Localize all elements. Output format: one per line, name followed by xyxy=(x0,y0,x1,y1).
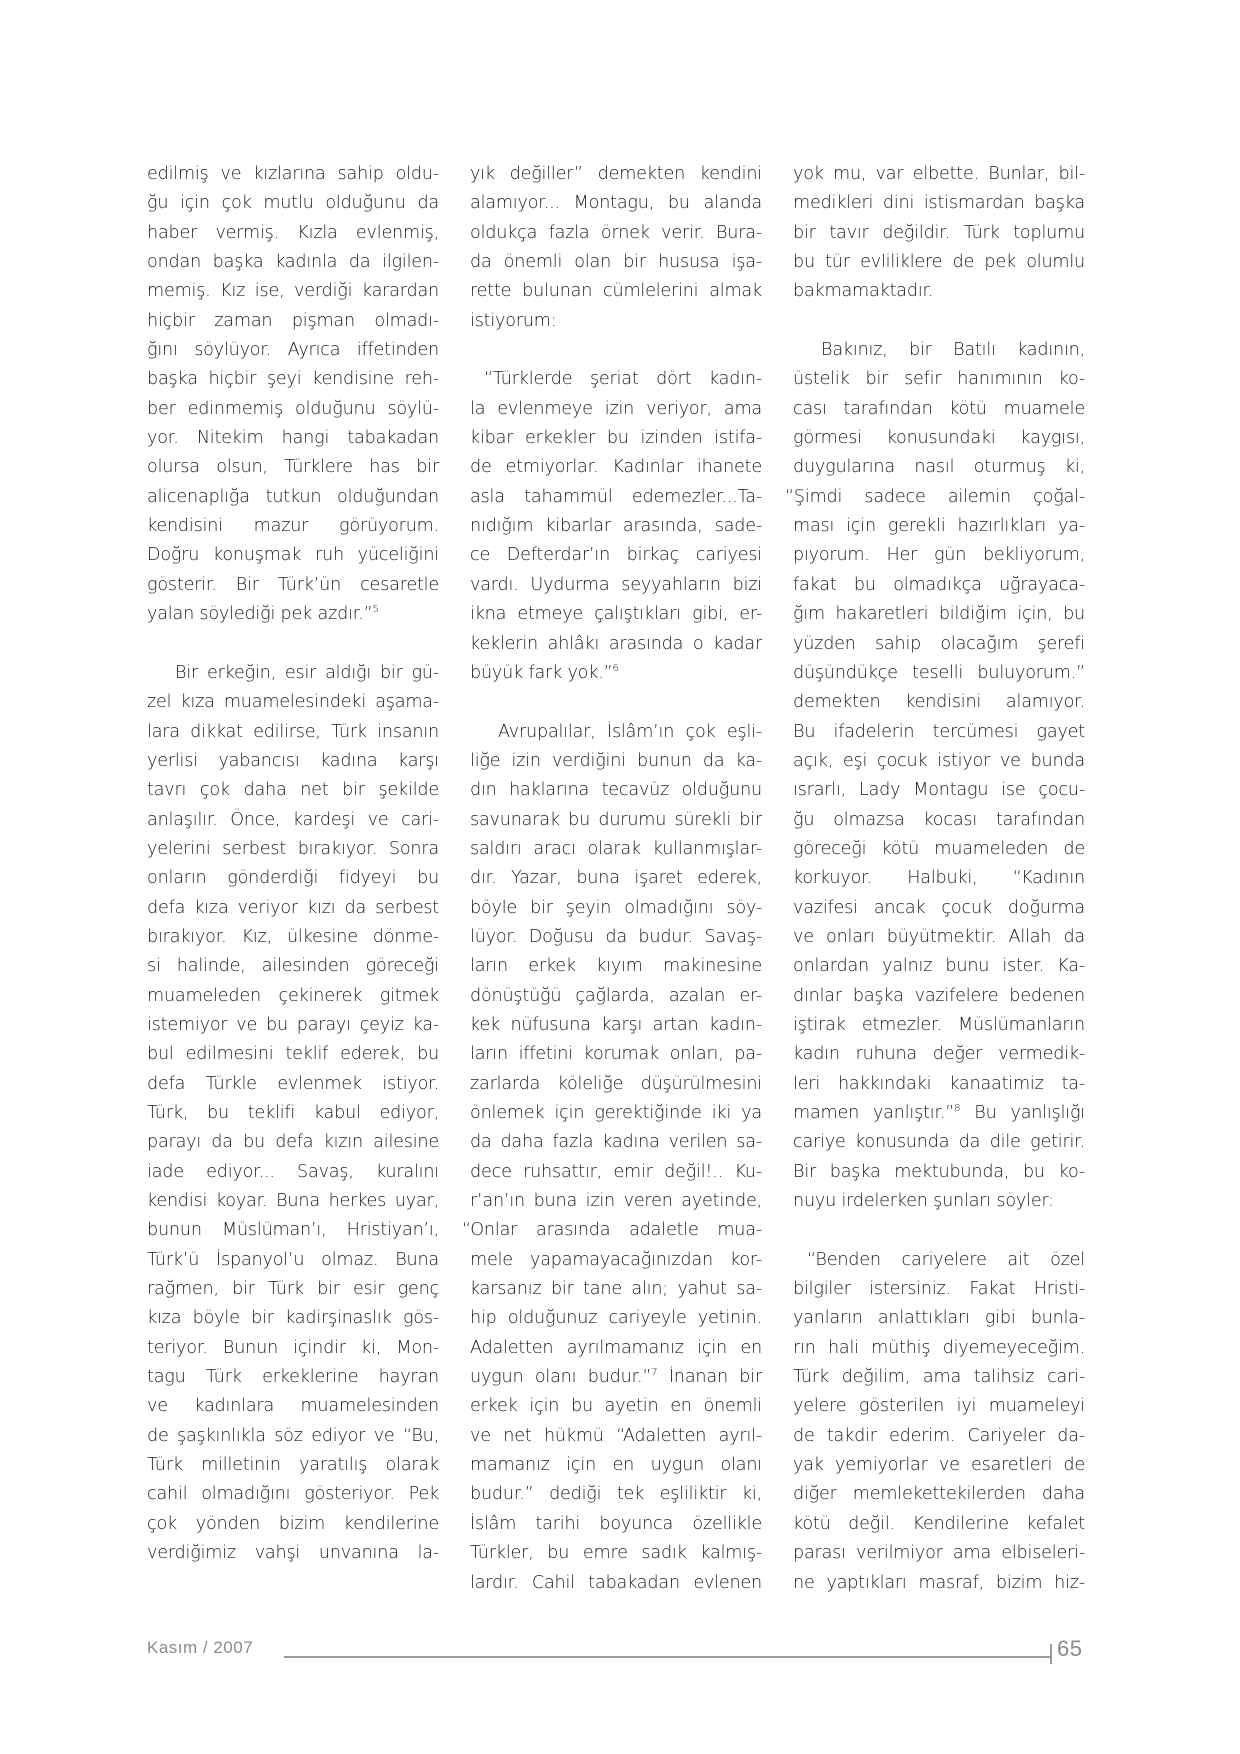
text-line: bul edilmesini teklif ederek, bu xyxy=(147,1040,439,1069)
paragraph-start: Bir erkeğin, esir aldığı bir gü- xyxy=(147,659,439,688)
text-line: kıza böyle bir kadirşinaslık gös- xyxy=(147,1304,439,1333)
text-line: budur.” dediği tek eşliliktir ki, xyxy=(470,1480,762,1509)
text-line: saldırı aracı olarak kullanmışlar- xyxy=(470,835,762,864)
text-line: mele yapamayacağınızdan kor- xyxy=(470,1246,762,1275)
paragraph-start: Bakınız, bir Batılı kadının, xyxy=(793,336,1085,365)
text-line: si halinde, ailesinden göreceği xyxy=(147,952,439,981)
text-line: gösterir. Bir Türk’ün cesaretle xyxy=(147,571,439,600)
text-line: yelerini serbest bırakıyor. Sonra xyxy=(147,835,439,864)
text-column-2: yık değiller” demekten kendini alamıyor.… xyxy=(470,160,762,1598)
text-line: demekten kendisini alamıyor. xyxy=(793,688,1085,717)
text-line: muameleden çekinerek gitmek xyxy=(147,982,439,1011)
magazine-page: edilmiş ve kızlarına sahip oldu- ğu için… xyxy=(0,0,1240,1754)
text-line: pıyorum. Her gün bekliyorum, xyxy=(793,541,1085,570)
text-line: çok yönden bizim kendilerine xyxy=(147,1510,439,1539)
text-line: Türkler, bu emre sadık kalmış- xyxy=(470,1539,762,1568)
text-line: defa kıza veriyor kızı da serbest xyxy=(147,894,439,923)
text-line: Türk değilim, ama talihsiz cari- xyxy=(793,1363,1085,1392)
text-line: dece ruhsattır, emir değil!.. Ku- xyxy=(470,1158,762,1187)
text-line: Türk milletinin yaratılış olarak xyxy=(147,1451,439,1480)
text-line: bakmamaktadır. xyxy=(793,277,1085,306)
text-line: da önemli olan bir hususa işa- xyxy=(470,248,762,277)
text-line: diğer memlekettekilerden daha xyxy=(793,1480,1085,1509)
text-line: asla tahammül edemezler...Ta- xyxy=(470,483,762,512)
text-line: cariye konusunda da dile getirir. xyxy=(793,1128,1085,1157)
text-line: yalan söylediği pek azdır.”5 xyxy=(147,600,439,629)
text-line: ğu için çok mutlu olduğunu da xyxy=(147,189,439,218)
text-line: dınlar başka vazifelere bedenen xyxy=(793,982,1085,1011)
text-line: ne yaptıkları masraf, bizim hiz- xyxy=(793,1569,1085,1598)
text-line: düşündükçe teselli buluyorum.” xyxy=(793,659,1085,688)
text-line: vazifesi ancak çocuk doğurma xyxy=(793,894,1085,923)
text-line: parayı da bu defa kızın ailesine xyxy=(147,1128,439,1157)
text-line: başka hiçbir şeyi kendisine reh- xyxy=(147,365,439,394)
text-line: edilmiş ve kızlarına sahip oldu- xyxy=(147,160,439,189)
text-line: alicenaplığa tutkun olduğundan xyxy=(147,483,439,512)
text-line: r’an’ın buna izin veren ayetinde, xyxy=(470,1187,762,1216)
text-line: korkuyor. Halbuki, “Kadının xyxy=(793,864,1085,893)
text-line: alamıyor... Montagu, bu alanda xyxy=(470,189,762,218)
text-line: yelere gösterilen iyi muameleyi xyxy=(793,1392,1085,1421)
text-line: ğını söylüyor. Ayrıca iffetinden xyxy=(147,336,439,365)
issue-date: Kasım / 2007 xyxy=(147,1638,253,1658)
text-line: lüyor. Doğusu da budur. Savaş- xyxy=(470,923,762,952)
text-line: ması için gerekli hazırlıkları ya- xyxy=(793,512,1085,541)
text-line: açık, eşi çocuk istiyor ve bunda xyxy=(793,747,1085,776)
text-line: istemiyor ve bu parayı çeyiz ka- xyxy=(147,1011,439,1040)
text-line: yanların anlattıkları gibi bunla- xyxy=(793,1304,1085,1333)
text-line: olursa olsun, Türklere has bir xyxy=(147,453,439,482)
text-line: ve net hükmü “Adaletten ayrıl- xyxy=(470,1422,762,1451)
text-line: anlaşılır. Önce, kardeşi ve cari- xyxy=(147,806,439,835)
text-column-1: edilmiş ve kızlarına sahip oldu- ğu için… xyxy=(147,160,439,1569)
text-line: kadın ruhuna değer vermedik- xyxy=(793,1040,1085,1069)
text-line: de etmiyorlar. Kadınlar ihanete xyxy=(470,453,762,482)
text-line: rette bulunan cümlelerini almak xyxy=(470,277,762,306)
text-line: vardı. Uydurma seyyahların bizi xyxy=(470,571,762,600)
paragraph-start: Avrupalılar, İslâm’ın çok eşli- xyxy=(470,718,762,747)
text-line: bırakıyor. Kız, ülkesine dönme- xyxy=(147,923,439,952)
text-line: zel kıza muamelesindeki aşama- xyxy=(147,688,439,717)
text-line: Adaletten ayrılmamanız için en xyxy=(470,1334,762,1363)
text-line: iştirak etmezler. Müslümanların xyxy=(793,1011,1085,1040)
text-line: oldukça fazla örnek verir. Bura- xyxy=(470,219,762,248)
text-line: medikleri dini istismardan başka xyxy=(793,189,1085,218)
text-line: Türk’ü İspanyol’u olmaz. Buna xyxy=(147,1246,439,1275)
text-line: savunarak bu durumu sürekli bir xyxy=(470,806,762,835)
text-line: kek nüfusuna karşı artan kadın- xyxy=(470,1011,762,1040)
text-line: lardır. Cahil tabakadan evlenen xyxy=(470,1569,762,1598)
text-line: böyle bir şeyin olmadığını söy- xyxy=(470,894,762,923)
text-line: hiçbir zaman pişman olmadı- xyxy=(147,307,439,336)
text-line: dın haklarına tecavüz olduğunu xyxy=(470,776,762,805)
text-line: onların gönderdiği fidyeyi bu xyxy=(147,864,439,893)
text-line: hip olduğunuz cariyeyle yetinin. xyxy=(470,1304,762,1333)
text-line: yüzden sahip olacağım şerefi xyxy=(793,630,1085,659)
text-line: rağmen, bir Türk bir esir genç xyxy=(147,1275,439,1304)
text-line: ğım hakaretleri bildiğim için, bu xyxy=(793,600,1085,629)
text-line: karsanız bir tane alın; yahut sa- xyxy=(470,1275,762,1304)
text-line: bir tavır değildir. Türk toplumu xyxy=(793,219,1085,248)
text-line: bilgiler istersiniz. Fakat Hristi- xyxy=(793,1275,1085,1304)
text-line: mamen yanlıştır.”8 Bu yanlışlığı xyxy=(793,1099,1085,1128)
text-line: keklerin ahlâkı arasında o kadar xyxy=(470,630,762,659)
text-line: nıdığım kibarlar arasında, sade- xyxy=(470,512,762,541)
text-line: ondan başka kadınla da ilgilen- xyxy=(147,248,439,277)
footnote-ref[interactable]: 6 xyxy=(613,663,619,674)
page-number: 65 xyxy=(1057,1636,1082,1662)
text-line: Türk, bu teklifi kabul ediyor, xyxy=(147,1099,439,1128)
text-line: dır. Yazar, buna işaret ederek, xyxy=(470,864,762,893)
text-line: parası verilmiyor ama elbiseleri- xyxy=(793,1539,1085,1568)
text-line: Bir başka mektubunda, bu ko- xyxy=(793,1158,1085,1187)
footnote-ref[interactable]: 5 xyxy=(373,604,379,615)
quote-start: “Türklerde şeriat dört kadın- xyxy=(470,365,762,394)
text-line: erkek için bu ayetin en önemli xyxy=(470,1392,762,1421)
text-line: kibar erkekler bu izinden istifa- xyxy=(470,424,762,453)
text-line: tagu Türk erkeklerine hayran xyxy=(147,1363,439,1392)
text-line: liğe izin verdiğini bunun da ka- xyxy=(470,747,762,776)
text-line: “Şimdi sadece ailemin çoğal- xyxy=(785,483,1085,512)
text-line: onlardan yalnız bunu ister. Ka- xyxy=(793,952,1085,981)
text-line: istiyorum: xyxy=(470,307,762,336)
text-line: uygun olanı budur.”7 İnanan bir xyxy=(470,1363,762,1392)
text-line: ce Defterdar’ın birkaç cariyesi xyxy=(470,541,762,570)
text-line: yak yemiyorlar ve esaretleri de xyxy=(793,1451,1085,1480)
text-line: görmesi konusundaki kaygısı, xyxy=(793,424,1085,453)
footer-divider xyxy=(1050,1644,1052,1664)
text-line: fakat bu olmadıkça uğrayaca- xyxy=(793,571,1085,600)
text-line: duygularına nasıl oturmuş ki, xyxy=(793,453,1085,482)
text-line: cahil olmadığını gösteriyor. Pek xyxy=(147,1480,439,1509)
quote-start: “Benden cariyelere ait özel xyxy=(793,1246,1085,1275)
text-line: rın hali müthiş diyemeyeceğim. xyxy=(793,1334,1085,1363)
footer-rule xyxy=(284,1656,1051,1658)
text-line: iade ediyor... Savaş, kuralını xyxy=(147,1158,439,1187)
text-line: yor. Nitekim hangi tabakadan xyxy=(147,424,439,453)
text-line: yerlisi yabancısı kadına karşı xyxy=(147,747,439,776)
text-line: nuyu irdelerken şunları söyler: xyxy=(793,1187,1085,1216)
text-line: haber vermiş. Kızla evlenmiş, xyxy=(147,219,439,248)
text-line: lara dikkat edilirse, Türk insanın xyxy=(147,718,439,747)
text-line: ikna etmeye çalıştıkları gibi, er- xyxy=(470,600,762,629)
text-line: teriyor. Bunun içindir ki, Mon- xyxy=(147,1334,439,1363)
text-line: zarlarda köleliğe düşürülmesini xyxy=(470,1070,762,1099)
text-line: la evlenmeye izin veriyor, ama xyxy=(470,395,762,424)
text-line: göreceği kötü muameleden de xyxy=(793,835,1085,864)
page-footer: Kasım / 2007 65 xyxy=(147,1636,1087,1666)
text-line: cası tarafından kötü muamele xyxy=(793,395,1085,424)
text-line: leri hakkındaki kanaatimiz ta- xyxy=(793,1070,1085,1099)
text-line: kendisi koyar. Buna herkes uyar, xyxy=(147,1187,439,1216)
text-line: yık değiller” demekten kendini xyxy=(470,160,762,189)
text-line: bu tür evliliklere de pek olumlu xyxy=(793,248,1085,277)
text-line: yok mu, var elbette. Bunlar, bil- xyxy=(793,160,1085,189)
text-line: dönüştüğü çağlarda, azalan er- xyxy=(470,982,762,1011)
text-line: ber edinmemiş olduğunu söylü- xyxy=(147,395,439,424)
text-line: verdiğimiz vahşi unvanına la- xyxy=(147,1539,439,1568)
text-line: üstelik bir sefir hanımının ko- xyxy=(793,365,1085,394)
text-line: de takdir ederim. Cariyeler da- xyxy=(793,1422,1085,1451)
text-line: “Onlar arasında adaletle mua- xyxy=(462,1216,762,1245)
text-line: Bu ifadelerin tercümesi gayet xyxy=(793,718,1085,747)
text-line: İslâm tarihi boyunca özellikle xyxy=(470,1510,762,1539)
text-line: ısrarlı, Lady Montagu ise çocu- xyxy=(793,776,1085,805)
text-column-3: yok mu, var elbette. Bunlar, bil- medikl… xyxy=(793,160,1085,1598)
text-line: ve onları büyütmektir. Allah da xyxy=(793,923,1085,952)
text-line: ların erkek kıyım makinesine xyxy=(470,952,762,981)
text-line: defa Türkle evlenmek istiyor. xyxy=(147,1070,439,1099)
text-line: ların iffetini korumak onları, pa- xyxy=(470,1040,762,1069)
text-line: büyük fark yok.”6 xyxy=(470,659,762,688)
text-line: kendisini mazur görüyorum. xyxy=(147,512,439,541)
text-line: ğu olmazsa kocası tarafından xyxy=(793,806,1085,835)
text-line: memiş. Kız ise, verdiği karardan xyxy=(147,277,439,306)
text-line: bunun Müslüman’ı, Hristiyan’ı, xyxy=(147,1216,439,1245)
text-line: Doğru konuşmak ruh yüceliğini xyxy=(147,541,439,570)
text-line: ve kadınlara muamelesinden xyxy=(147,1392,439,1421)
text-line: da daha fazla kadına verilen sa- xyxy=(470,1128,762,1157)
text-line: de şaşkınlıkla söz ediyor ve “Bu, xyxy=(147,1422,439,1451)
text-line: kötü değil. Kendilerine kefalet xyxy=(793,1510,1085,1539)
text-line: mamanız için en uygun olanı xyxy=(470,1451,762,1480)
text-line: önlemek için gerektiğinde iki ya xyxy=(470,1099,762,1128)
text-line: tavrı çok daha net bir şekilde xyxy=(147,776,439,805)
